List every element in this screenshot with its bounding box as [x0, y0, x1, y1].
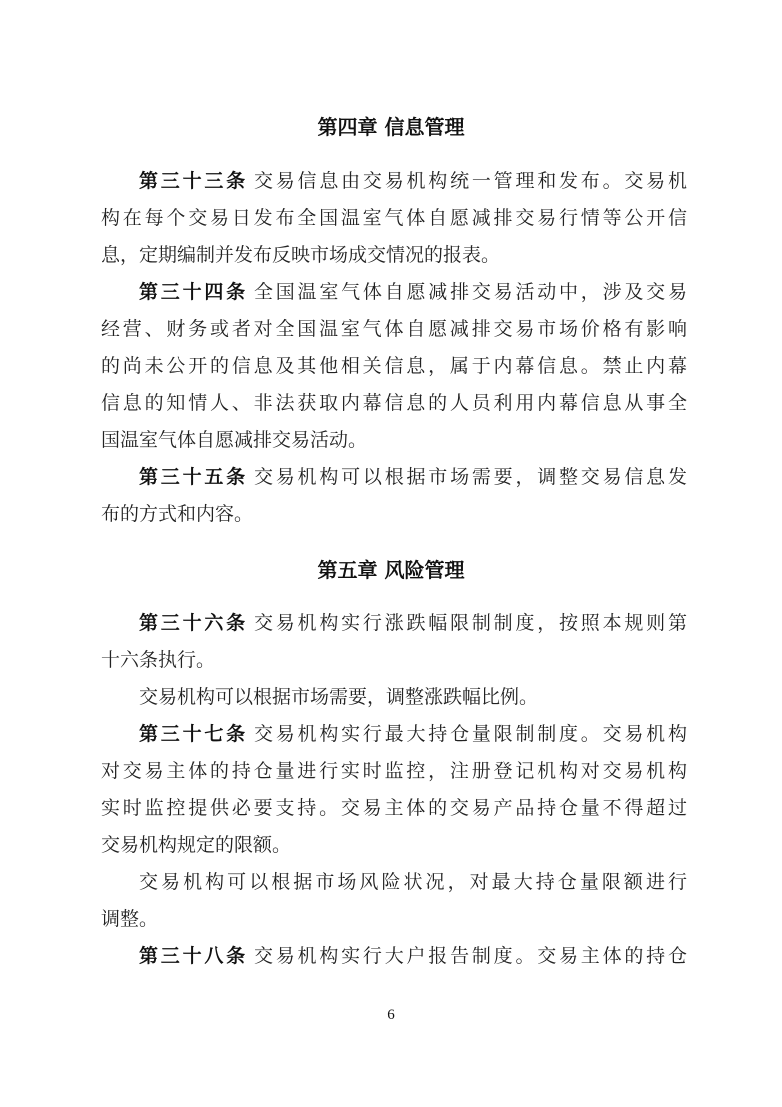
article-37-line-2: 对交易主体的持仓量进行实时监控，注册登记机构对交易机构 [101, 759, 687, 783]
chapter-4-heading: 第四章 信息管理 [0, 115, 782, 139]
article-37-line-1: 第三十七条交易机构实行最大持仓量限制制度。交易机构 [139, 722, 687, 746]
article-35-line-1: 第三十五条交易机构可以根据市场需要，调整交易信息发 [139, 465, 687, 489]
article-34-line-4: 信息的知情人、非法获取内幕信息的人员利用内幕信息从事全 [101, 391, 687, 415]
article-33-line-1: 第三十三条交易信息由交易机构统一管理和发布。交易机 [139, 169, 687, 193]
article-37-line-3: 实时监控提供必要支持。交易主体的交易产品持仓量不得超过 [101, 796, 687, 820]
article-33-line-2: 构在每个交易日发布全国温室气体自愿减排交易行情等公开信 [101, 206, 687, 230]
article-38-line-1: 第三十八条交易机构实行大户报告制度。交易主体的持仓 [139, 944, 687, 968]
page-number: 6 [0, 1006, 782, 1024]
article-36-line-2: 十六条执行。 [101, 648, 687, 672]
article-34-line-3: 的尚未公开的信息及其他相关信息，属于内幕信息。禁止内幕 [101, 354, 687, 378]
article-37-paragraph-2-line-1: 交易机构可以根据市场风险状况，对最大持仓量限额进行 [139, 870, 687, 894]
article-33-label: 第三十三条 [139, 170, 248, 192]
article-37-line-4: 交易机构规定的限额。 [101, 833, 687, 857]
article-34-line-5: 国温室气体自愿减排交易活动。 [101, 428, 687, 452]
article-35-label: 第三十五条 [139, 466, 248, 488]
article-34-label: 第三十四条 [139, 281, 248, 303]
article-34-line-2: 经营、财务或者对全国温室气体自愿减排交易市场价格有影响 [101, 317, 687, 341]
document-page: 第四章 信息管理 第三十三条交易信息由交易机构统一管理和发布。交易机 构在每个交… [0, 0, 782, 1107]
article-36-paragraph-2: 交易机构可以根据市场需要，调整涨跌幅比例。 [139, 685, 687, 709]
chapter-5-heading: 第五章 风险管理 [0, 558, 782, 582]
article-33-line-3: 息，定期编制并发布反映市场成交情况的报表。 [101, 243, 687, 267]
article-37-paragraph-2-line-2: 调整。 [101, 907, 687, 931]
article-38-label: 第三十八条 [139, 945, 248, 967]
article-36-label: 第三十六条 [139, 612, 248, 634]
article-37-label: 第三十七条 [139, 723, 248, 745]
article-34-line-1: 第三十四条全国温室气体自愿减排交易活动中，涉及交易 [139, 280, 687, 304]
article-36-line-1: 第三十六条交易机构实行涨跌幅限制制度，按照本规则第 [139, 611, 687, 635]
article-35-line-2: 布的方式和内容。 [101, 502, 687, 526]
